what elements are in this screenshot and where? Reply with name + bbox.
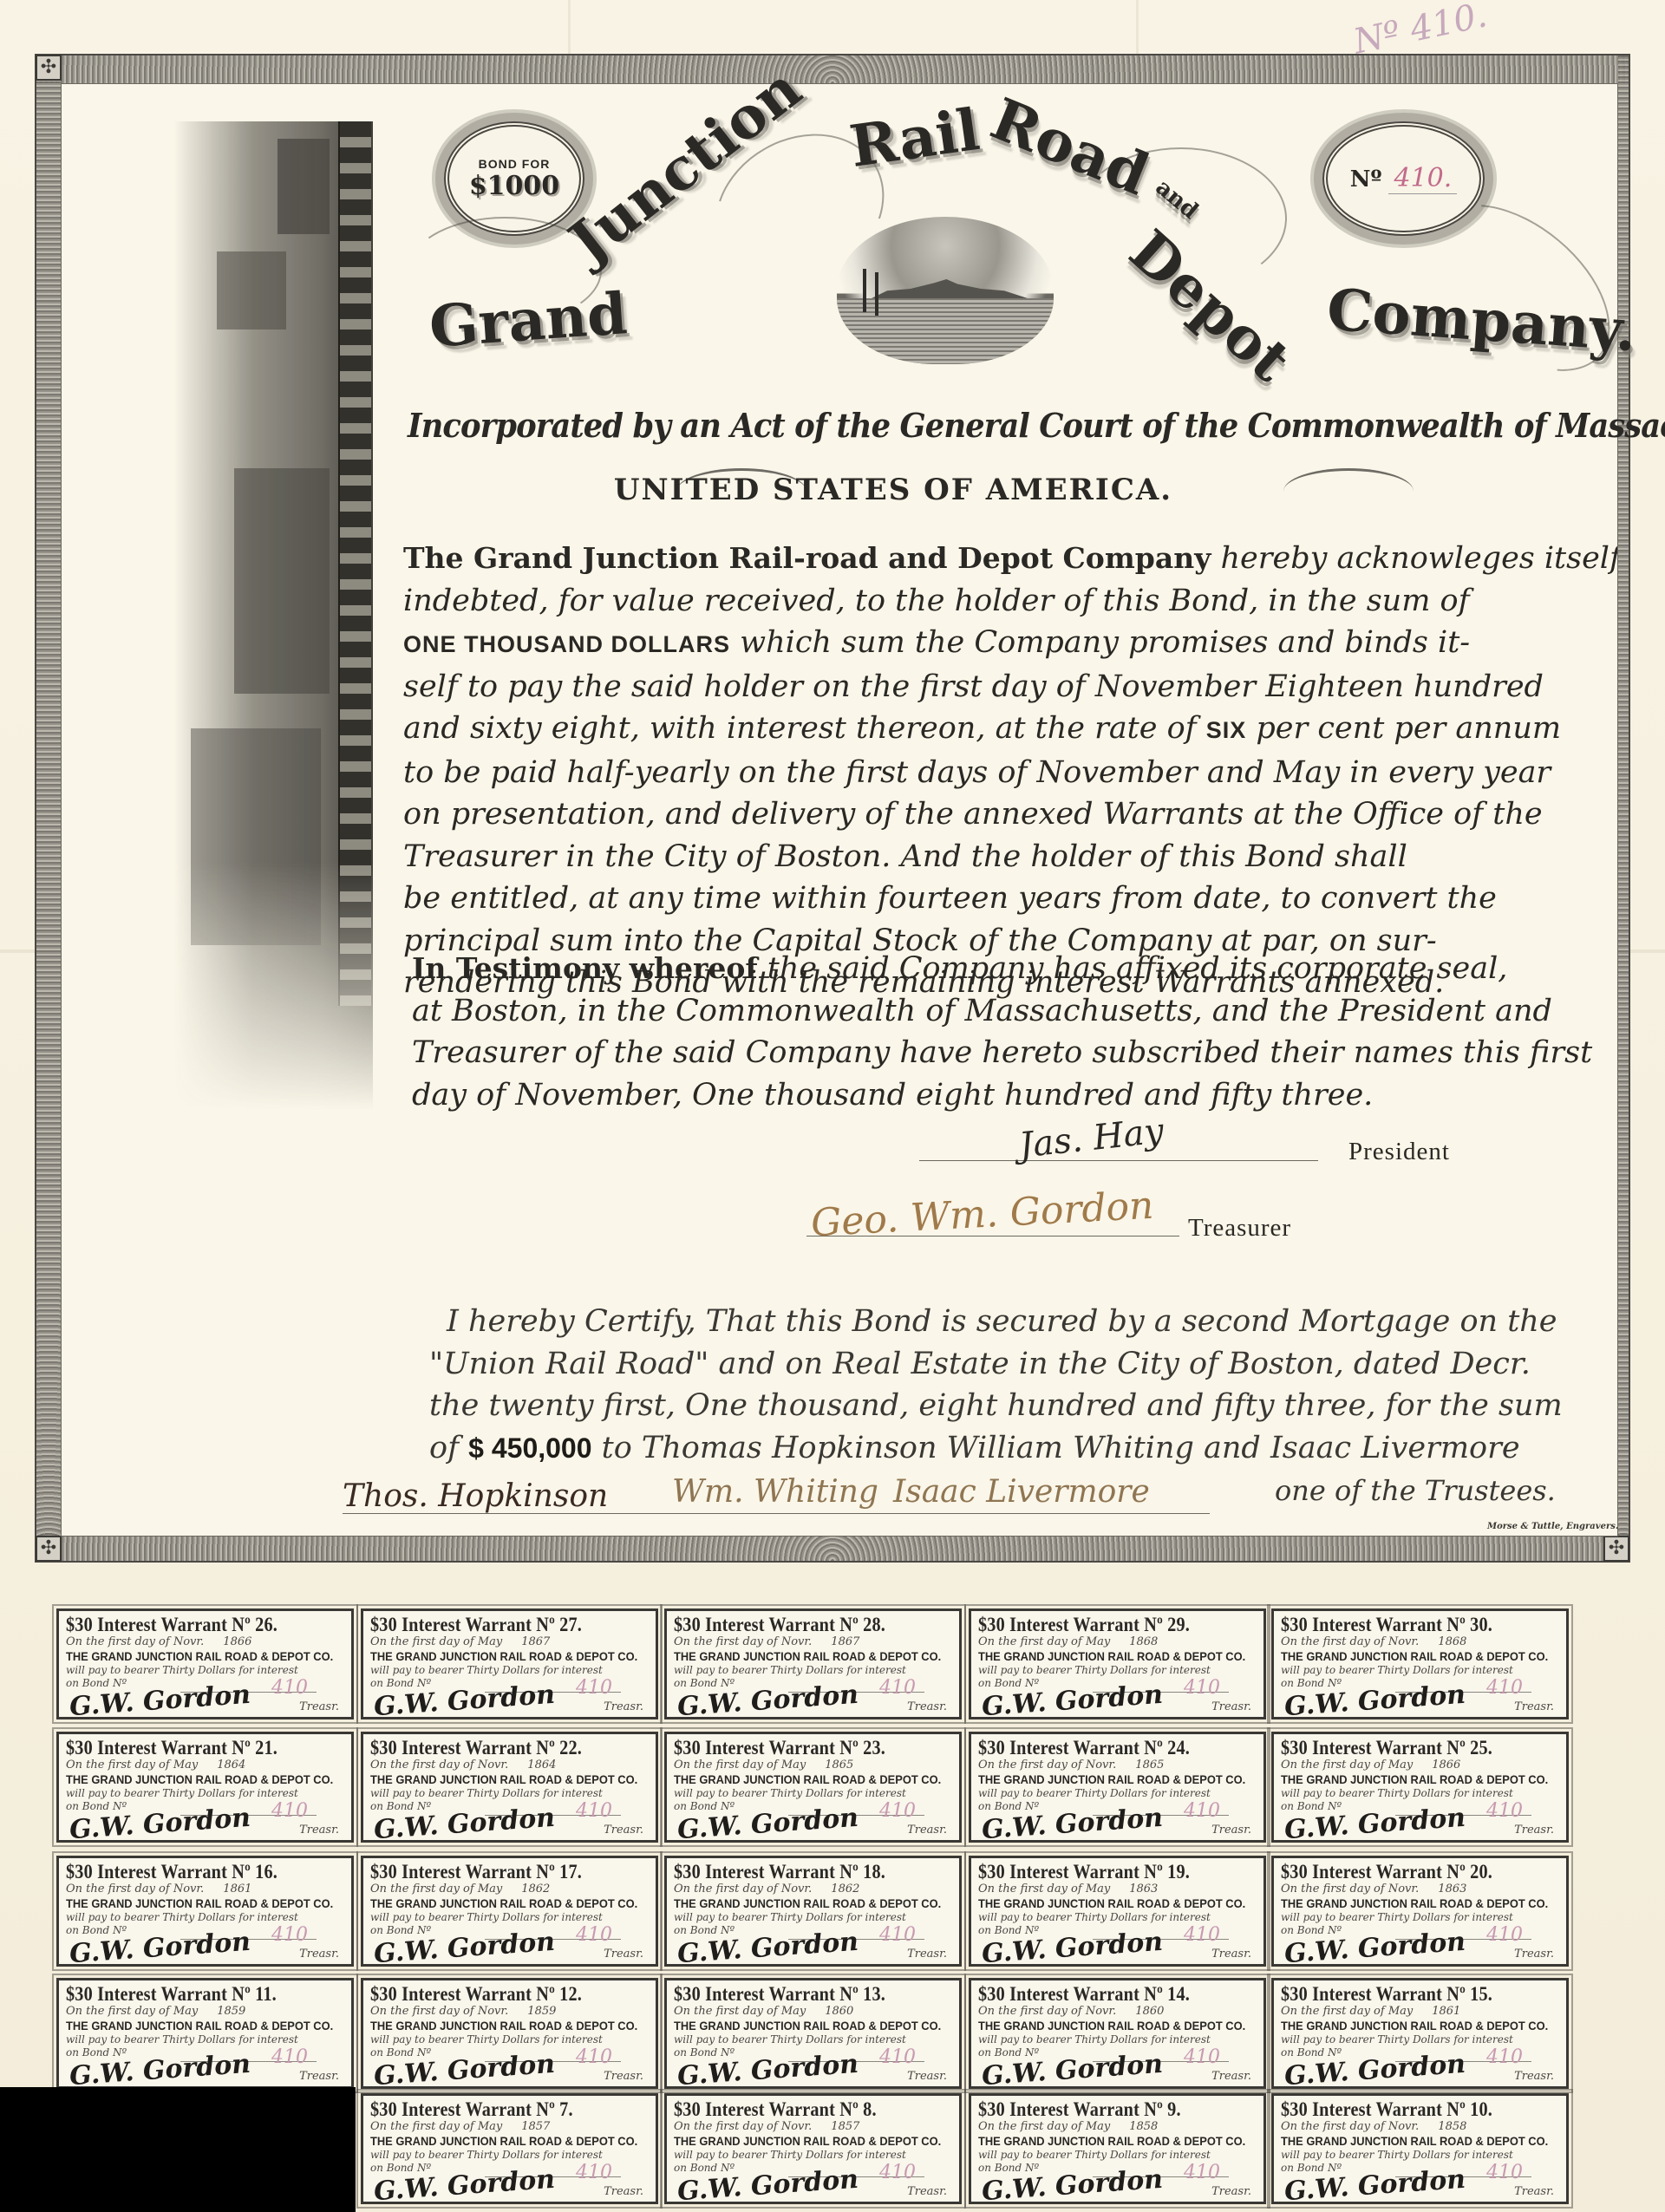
testimony-line: day of November, One thousand eight hund… xyxy=(412,1074,1626,1117)
building-illustration xyxy=(217,251,286,330)
certification-line: to Thomas Hopkinson William Whiting and … xyxy=(592,1431,1520,1465)
warrant-company: THE GRAND JUNCTION RAIL ROAD & DEPOT CO. xyxy=(674,2134,930,2149)
body-line: self to pay the said holder on the first… xyxy=(403,666,1617,708)
warrant-due-date: On the first day of Novr.1865 xyxy=(978,1759,1257,1772)
warrant-company: THE GRAND JUNCTION RAIL ROAD & DEPOT CO. xyxy=(1281,1896,1537,1911)
warrant-due-date: On the first day of Novr.1868 xyxy=(1281,1635,1559,1649)
testimony-line: at Boston, in the Commonwealth of Massac… xyxy=(412,990,1626,1033)
principal-amount: ONE THOUSAND DOLLARS xyxy=(403,631,730,657)
warrant-pay-line: will pay to bearer Thirty Dollars for in… xyxy=(66,2033,344,2046)
warrant-pay-line: will pay to bearer Thirty Dollars for in… xyxy=(66,1664,344,1677)
company-name-lead: The Grand Junction Rail-road and Depot C… xyxy=(403,541,1211,575)
warrant-company: THE GRAND JUNCTION RAIL ROAD & DEPOT CO. xyxy=(370,1772,626,1787)
warrant-treasurer-label: Treasr. xyxy=(299,1948,339,1961)
warrant-company: THE GRAND JUNCTION RAIL ROAD & DEPOT CO. xyxy=(370,2134,626,2149)
warrant-pay-line: will pay to bearer Thirty Dollars for in… xyxy=(1281,1664,1559,1677)
warrant-pay-line: will pay to bearer Thirty Dollars for in… xyxy=(1281,2149,1559,2162)
warrant-treasurer-label: Treasr. xyxy=(1211,2070,1251,2083)
warrant-pay-line: will pay to bearer Thirty Dollars for in… xyxy=(978,2033,1257,2046)
warrant-serial: 410 xyxy=(1486,2162,1523,2183)
warrant-serial: 410 xyxy=(1184,2046,1220,2068)
interest-warrant-17: $30 Interest Warrant Nº 17. On the first… xyxy=(361,1856,658,1967)
warrant-pay-line: will pay to bearer Thirty Dollars for in… xyxy=(1281,1787,1559,1800)
warrant-heading: $30 Interest Warrant Nº 27. xyxy=(370,1615,615,1635)
interest-warrant-8: $30 Interest Warrant Nº 8. On the first … xyxy=(664,2093,962,2204)
warrant-pay-line: will pay to bearer Thirty Dollars for in… xyxy=(978,1787,1257,1800)
warrant-company: THE GRAND JUNCTION RAIL ROAD & DEPOT CO. xyxy=(370,2019,626,2033)
interest-rate: SIX xyxy=(1206,717,1247,743)
warrant-serial: 410 xyxy=(271,1677,308,1699)
warrant-due-date: On the first day of Novr.1860 xyxy=(978,2005,1257,2019)
bond-certificate: Nº 410. ✣ ✣ ✣ BOND FOR $1000 Nº 410. Gra… xyxy=(0,0,1665,2212)
warrant-serial: 410 xyxy=(879,1800,916,1822)
certification-line: "Union Rail Road" and on Real Estate in … xyxy=(429,1343,1626,1386)
warrant-serial: 410 xyxy=(271,2046,308,2068)
testimony-clause: In Testimony whereof the said Company ha… xyxy=(412,948,1626,1116)
warrant-heading: $30 Interest Warrant Nº 26. xyxy=(66,1615,310,1635)
warrant-company: THE GRAND JUNCTION RAIL ROAD & DEPOT CO. xyxy=(674,1772,930,1787)
warrant-due-date: On the first day of Novr.1867 xyxy=(674,1635,952,1649)
warrant-due-date: On the first day of Novr.1857 xyxy=(674,2120,952,2134)
warrant-company: THE GRAND JUNCTION RAIL ROAD & DEPOT CO. xyxy=(1281,1772,1537,1787)
warrant-serial: 410 xyxy=(879,1677,916,1699)
warrant-heading: $30 Interest Warrant Nº 12. xyxy=(370,1984,615,2005)
mortgage-amount: $ 450,000 xyxy=(468,1432,591,1464)
warrant-due-date: On the first day of Novr.1866 xyxy=(66,1635,344,1649)
warrant-serial: 410 xyxy=(1486,1800,1523,1822)
boston-harbor-vignette xyxy=(837,217,1054,364)
warrant-heading: $30 Interest Warrant Nº 13. xyxy=(674,1984,918,2005)
interest-warrant-27: $30 Interest Warrant Nº 27. On the first… xyxy=(361,1608,658,1719)
warrant-company: THE GRAND JUNCTION RAIL ROAD & DEPOT CO. xyxy=(1281,1649,1537,1664)
warrant-pay-line: will pay to bearer Thirty Dollars for in… xyxy=(370,1664,649,1677)
warrant-treasurer-label: Treasr. xyxy=(1514,2070,1554,2083)
interest-warrant-12: $30 Interest Warrant Nº 12. On the first… xyxy=(361,1978,658,2089)
warrant-heading: $30 Interest Warrant Nº 23. xyxy=(674,1738,918,1759)
warrant-heading: $30 Interest Warrant Nº 10. xyxy=(1281,2099,1525,2120)
warrant-treasurer-label: Treasr. xyxy=(299,1824,339,1837)
warrant-due-date: On the first day of May1863 xyxy=(978,1882,1257,1896)
incorporation-statement: Incorporated by an Act of the General Co… xyxy=(408,406,1537,445)
warrant-pay-line: will pay to bearer Thirty Dollars for in… xyxy=(978,1664,1257,1677)
interest-warrant-7: $30 Interest Warrant Nº 7. On the first … xyxy=(361,2093,658,2204)
warrant-pay-line: will pay to bearer Thirty Dollars for in… xyxy=(370,2149,649,2162)
warrant-serial: 410 xyxy=(1486,2046,1523,2068)
warrant-treasurer-label: Treasr. xyxy=(1211,1948,1251,1961)
warrant-treasurer-label: Treasr. xyxy=(604,2070,643,2083)
interest-warrant-24: $30 Interest Warrant Nº 24. On the first… xyxy=(969,1732,1266,1843)
warrant-heading: $30 Interest Warrant Nº 14. xyxy=(978,1984,1223,2005)
warrant-company: THE GRAND JUNCTION RAIL ROAD & DEPOT CO. xyxy=(370,1896,626,1911)
corner-rosette-icon: ✣ xyxy=(36,1536,62,1562)
body-line: to be paid half-yearly on the first days… xyxy=(403,752,1617,794)
bond-amount: $1000 xyxy=(469,171,559,201)
warrant-heading: $30 Interest Warrant Nº 21. xyxy=(66,1738,310,1759)
warrant-serial: 410 xyxy=(1184,1677,1220,1699)
warrant-company: THE GRAND JUNCTION RAIL ROAD & DEPOT CO. xyxy=(674,1896,930,1911)
testimony-lead: In Testimony whereof xyxy=(412,951,758,985)
border-band-top xyxy=(36,55,1629,83)
warrant-pay-line: will pay to bearer Thirty Dollars for in… xyxy=(674,2149,952,2162)
warrant-treasurer-label: Treasr. xyxy=(907,1700,947,1713)
warrant-pay-line: will pay to bearer Thirty Dollars for in… xyxy=(978,1911,1257,1924)
body-line: on presentation, and delivery of the ann… xyxy=(403,793,1617,836)
warrant-treasurer-label: Treasr. xyxy=(604,1824,643,1837)
depot-vignette-illustration xyxy=(173,121,373,1110)
warrant-company: THE GRAND JUNCTION RAIL ROAD & DEPOT CO. xyxy=(66,1896,322,1911)
warrant-heading: $30 Interest Warrant Nº 18. xyxy=(674,1862,918,1882)
warrant-due-date: On the first day of May1861 xyxy=(1281,2005,1559,2019)
warrant-heading: $30 Interest Warrant Nº 30. xyxy=(1281,1615,1525,1635)
interest-warrant-26: $30 Interest Warrant Nº 26. On the first… xyxy=(56,1608,354,1719)
warrant-pay-line: will pay to bearer Thirty Dollars for in… xyxy=(674,1911,952,1924)
interest-warrant-25: $30 Interest Warrant Nº 25. On the first… xyxy=(1271,1732,1569,1843)
warrant-serial: 410 xyxy=(1184,1924,1220,1946)
warrant-due-date: On the first day of Novr.1864 xyxy=(370,1759,649,1772)
warrant-due-date: On the first day of May1868 xyxy=(978,1635,1257,1649)
interest-warrant-30: $30 Interest Warrant Nº 30. On the first… xyxy=(1271,1608,1569,1719)
certification-line: of xyxy=(429,1431,468,1465)
body-line: Treasurer in the City of Boston. And the… xyxy=(403,836,1617,878)
interest-warrant-15: $30 Interest Warrant Nº 15. On the first… xyxy=(1271,1978,1569,2089)
warrant-treasurer-label: Treasr. xyxy=(907,1824,947,1837)
corner-rosette-icon: ✣ xyxy=(1603,1536,1629,1562)
body-line: indebted, for value received, to the hol… xyxy=(403,580,1617,623)
warrant-due-date: On the first day of May1858 xyxy=(978,2120,1257,2134)
warrant-serial: 410 xyxy=(576,2162,612,2183)
warrant-treasurer-label: Treasr. xyxy=(604,1948,643,1961)
warrant-heading: $30 Interest Warrant Nº 28. xyxy=(674,1615,918,1635)
warrant-heading: $30 Interest Warrant Nº 24. xyxy=(978,1738,1223,1759)
warrant-serial: 410 xyxy=(1486,1677,1523,1699)
warrant-due-date: On the first day of May1867 xyxy=(370,1635,649,1649)
warrant-treasurer-label: Treasr. xyxy=(1514,2185,1554,2198)
warrant-treasurer-label: Treasr. xyxy=(604,1700,643,1713)
warrant-treasurer-label: Treasr. xyxy=(1211,1824,1251,1837)
warrant-due-date: On the first day of Novr.1862 xyxy=(674,1882,952,1896)
trustee-signature-livermore: Isaac Livermore xyxy=(893,1474,1150,1510)
body-line: which sum the Company promises and binds… xyxy=(730,625,1470,660)
interest-warrant-13: $30 Interest Warrant Nº 13. On the first… xyxy=(664,1978,962,2089)
testimony-line: Treasurer of the said Company have heret… xyxy=(412,1032,1626,1074)
warrant-treasurer-label: Treasr. xyxy=(1514,1824,1554,1837)
warrant-heading: $30 Interest Warrant Nº 11. xyxy=(66,1984,310,2005)
engraver-credit: Morse & Tuttle, Engravers. xyxy=(1487,1522,1618,1531)
interest-warrant-16: $30 Interest Warrant Nº 16. On the first… xyxy=(56,1856,354,1967)
interest-warrant-29: $30 Interest Warrant Nº 29. On the first… xyxy=(969,1608,1266,1719)
warrant-due-date: On the first day of May1866 xyxy=(1281,1759,1559,1772)
trustee-signature-whiting: Wm. Whiting xyxy=(672,1474,878,1510)
warrant-company: THE GRAND JUNCTION RAIL ROAD & DEPOT CO. xyxy=(978,1649,1234,1664)
warrant-pay-line: will pay to bearer Thirty Dollars for in… xyxy=(66,1787,344,1800)
interest-warrant-21: $30 Interest Warrant Nº 21. On the first… xyxy=(56,1732,354,1843)
warrant-serial: 410 xyxy=(879,2046,916,2068)
warrant-serial: 410 xyxy=(1184,2162,1220,2183)
warrant-company: THE GRAND JUNCTION RAIL ROAD & DEPOT CO. xyxy=(674,1649,930,1664)
warrant-pay-line: will pay to bearer Thirty Dollars for in… xyxy=(978,2149,1257,2162)
warrant-heading: $30 Interest Warrant Nº 19. xyxy=(978,1862,1223,1882)
body-line: be entitled, at any time within fourteen… xyxy=(403,878,1617,920)
warrant-company: THE GRAND JUNCTION RAIL ROAD & DEPOT CO. xyxy=(978,1896,1234,1911)
body-line: hereby acknowleges itself xyxy=(1211,541,1617,576)
building-illustration xyxy=(277,139,330,234)
border-band-bottom xyxy=(36,1533,1629,1561)
warrant-treasurer-label: Treasr. xyxy=(299,1700,339,1713)
warrant-due-date: On the first day of May1857 xyxy=(370,2120,649,2134)
warrant-serial: 410 xyxy=(879,2162,916,2183)
redaction-block xyxy=(0,2087,356,2212)
warrant-treasurer-label: Treasr. xyxy=(907,1948,947,1961)
warrant-heading: $30 Interest Warrant Nº 16. xyxy=(66,1862,310,1882)
bond-for-label: BOND FOR xyxy=(479,157,551,171)
warrant-pay-line: will pay to bearer Thirty Dollars for in… xyxy=(674,1787,952,1800)
warrant-due-date: On the first day of Novr.1861 xyxy=(66,1882,344,1896)
warrant-treasurer-label: Treasr. xyxy=(1514,1700,1554,1713)
warrant-pay-line: will pay to bearer Thirty Dollars for in… xyxy=(66,1911,344,1924)
ships-illustration xyxy=(191,728,321,945)
warrant-pay-line: will pay to bearer Thirty Dollars for in… xyxy=(674,1664,952,1677)
warrant-due-date: On the first day of Novr.1858 xyxy=(1281,2120,1559,2134)
warrant-heading: $30 Interest Warrant Nº 9. xyxy=(978,2099,1223,2120)
interest-warrant-18: $30 Interest Warrant Nº 18. On the first… xyxy=(664,1856,962,1967)
warrant-company: THE GRAND JUNCTION RAIL ROAD & DEPOT CO. xyxy=(978,2134,1234,2149)
warrant-treasurer-label: Treasr. xyxy=(604,2185,643,2198)
warrant-treasurer-label: Treasr. xyxy=(907,2070,947,2083)
title-grand: Grand xyxy=(428,279,630,361)
body-line: per cent per annum xyxy=(1246,711,1561,746)
warrant-due-date: On the first day of Novr.1863 xyxy=(1281,1882,1559,1896)
warrant-serial: 410 xyxy=(576,2046,612,2068)
warrant-pay-line: will pay to bearer Thirty Dollars for in… xyxy=(1281,1911,1559,1924)
warrant-pay-line: will pay to bearer Thirty Dollars for in… xyxy=(1281,2033,1559,2046)
warrant-pay-line: will pay to bearer Thirty Dollars for in… xyxy=(370,2033,649,2046)
border-band-left xyxy=(36,55,61,1561)
warrant-heading: $30 Interest Warrant Nº 25. xyxy=(1281,1738,1525,1759)
warrant-due-date: On the first day of May1865 xyxy=(674,1759,952,1772)
warrant-serial: 410 xyxy=(271,1800,308,1822)
mortgage-certification: I hereby Certify, That this Bond is secu… xyxy=(429,1301,1626,1469)
warrant-company: THE GRAND JUNCTION RAIL ROAD & DEPOT CO. xyxy=(978,2019,1234,2033)
president-signature-line xyxy=(919,1160,1318,1161)
warrant-heading: $30 Interest Warrant Nº 17. xyxy=(370,1862,615,1882)
warrant-company: THE GRAND JUNCTION RAIL ROAD & DEPOT CO. xyxy=(1281,2134,1537,2149)
body-line: and sixty eight, with interest thereon, … xyxy=(403,711,1206,746)
harbor-water-illustration xyxy=(837,298,1054,364)
interest-warrant-23: $30 Interest Warrant Nº 23. On the first… xyxy=(664,1732,962,1843)
ship-illustration xyxy=(863,269,866,312)
testimony-line: the said Company has affixed its corpora… xyxy=(758,951,1508,986)
warrant-company: THE GRAND JUNCTION RAIL ROAD & DEPOT CO. xyxy=(1281,2019,1537,2033)
warrant-heading: $30 Interest Warrant Nº 29. xyxy=(978,1615,1223,1635)
city-skyline-illustration xyxy=(872,279,1028,298)
warrant-treasurer-label: Treasr. xyxy=(1211,1700,1251,1713)
corner-rosette-icon: ✣ xyxy=(36,55,62,81)
interest-warrant-10: $30 Interest Warrant Nº 10. On the first… xyxy=(1271,2093,1569,2204)
certification-line: I hereby Certify, That this Bond is secu… xyxy=(429,1301,1626,1343)
warrant-due-date: On the first day of May1859 xyxy=(66,2005,344,2019)
treasurer-label: Treasurer xyxy=(1188,1214,1291,1243)
interest-warrant-22: $30 Interest Warrant Nº 22. On the first… xyxy=(361,1732,658,1843)
warrant-pay-line: will pay to bearer Thirty Dollars for in… xyxy=(674,2033,952,2046)
trustee-signature-hopkinson: Thos. Hopkinson xyxy=(343,1478,608,1514)
warrant-treasurer-label: Treasr. xyxy=(1514,1948,1554,1961)
warrant-company: THE GRAND JUNCTION RAIL ROAD & DEPOT CO. xyxy=(674,2019,930,2033)
train-cars-illustration xyxy=(338,121,371,1006)
warrant-pay-line: will pay to bearer Thirty Dollars for in… xyxy=(370,1787,649,1800)
bond-body-text: The Grand Junction Rail-road and Depot C… xyxy=(403,538,1617,1004)
president-label: President xyxy=(1348,1138,1450,1166)
warrant-treasurer-label: Treasr. xyxy=(907,2185,947,2198)
number-prefix: Nº xyxy=(1350,166,1382,192)
warrant-serial: 410 xyxy=(1486,1924,1523,1946)
interest-warrant-9: $30 Interest Warrant Nº 9. On the first … xyxy=(969,2093,1266,2204)
warrant-company: THE GRAND JUNCTION RAIL ROAD & DEPOT CO. xyxy=(66,2019,322,2033)
warrant-due-date: On the first day of May1860 xyxy=(674,2005,952,2019)
pencil-serial-mark: Nº 410. xyxy=(1350,0,1491,62)
warrant-serial: 410 xyxy=(576,1677,612,1699)
warrant-company: THE GRAND JUNCTION RAIL ROAD & DEPOT CO. xyxy=(66,1772,322,1787)
warrant-heading: $30 Interest Warrant Nº 15. xyxy=(1281,1984,1525,2005)
warrant-due-date: On the first day of May1862 xyxy=(370,1882,649,1896)
trustees-note: one of the Trustees. xyxy=(1275,1474,1556,1507)
warrant-company: THE GRAND JUNCTION RAIL ROAD & DEPOT CO. xyxy=(978,1772,1234,1787)
interest-warrant-14: $30 Interest Warrant Nº 14. On the first… xyxy=(969,1978,1266,2089)
warrant-serial: 410 xyxy=(576,1924,612,1946)
warrant-treasurer-label: Treasr. xyxy=(299,2070,339,2083)
warrant-heading: $30 Interest Warrant Nº 20. xyxy=(1281,1862,1525,1882)
warrant-heading: $30 Interest Warrant Nº 22. xyxy=(370,1738,615,1759)
warrant-company: THE GRAND JUNCTION RAIL ROAD & DEPOT CO. xyxy=(66,1649,322,1664)
interest-warrant-20: $30 Interest Warrant Nº 20. On the first… xyxy=(1271,1856,1569,1967)
warrant-heading: $30 Interest Warrant Nº 8. xyxy=(674,2099,918,2120)
interest-warrant-19: $30 Interest Warrant Nº 19. On the first… xyxy=(969,1856,1266,1967)
bond-serial-number: 410. xyxy=(1388,163,1457,194)
warrant-heading: $30 Interest Warrant Nº 7. xyxy=(370,2099,615,2120)
warrant-due-date: On the first day of Novr.1859 xyxy=(370,2005,649,2019)
country-heading: UNITED STATES OF AMERICA. xyxy=(0,473,1665,507)
interest-warrant-28: $30 Interest Warrant Nº 28. On the first… xyxy=(664,1608,962,1719)
warrant-company: THE GRAND JUNCTION RAIL ROAD & DEPOT CO. xyxy=(370,1649,626,1664)
warrant-pay-line: will pay to bearer Thirty Dollars for in… xyxy=(370,1911,649,1924)
warrant-treasurer-label: Treasr. xyxy=(1211,2185,1251,2198)
warrant-serial: 410 xyxy=(879,1924,916,1946)
warrant-serial: 410 xyxy=(271,1924,308,1946)
warrant-serial: 410 xyxy=(576,1800,612,1822)
warrant-serial: 410 xyxy=(1184,1800,1220,1822)
warrant-due-date: On the first day of May1864 xyxy=(66,1759,344,1772)
certification-line: the twenty first, One thousand, eight hu… xyxy=(429,1385,1626,1427)
interest-warrant-11: $30 Interest Warrant Nº 11. On the first… xyxy=(56,1978,354,2089)
